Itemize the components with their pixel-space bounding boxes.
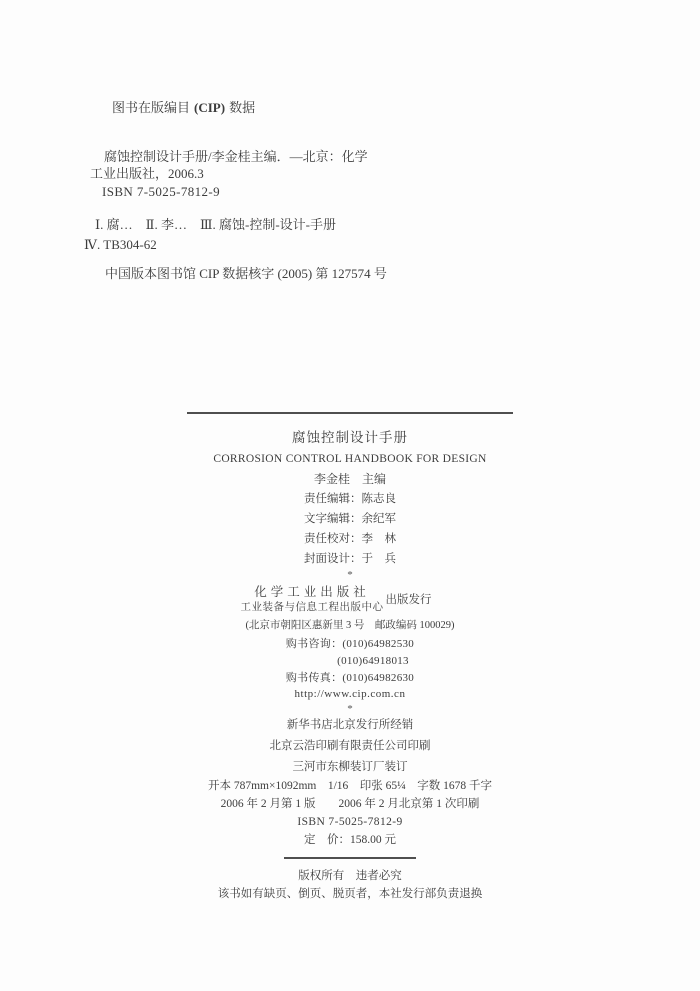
- staff-line-cover-designer: 封面设计：于 兵: [0, 549, 700, 569]
- separator-asterisk-1: *: [0, 569, 700, 581]
- distribution-line: 新华书店北京发行所经销: [0, 715, 700, 736]
- chief-editor: 李金桂 主编: [0, 469, 700, 489]
- colophon-block: 腐蚀控制设计手册 CORROSION CONTROL HANDBOOK FOR …: [0, 406, 700, 904]
- cip-heading-cip: (CIP): [194, 100, 225, 115]
- returns-notice: 该书如有缺页、倒页、脱页者，本社发行部负责退换: [0, 885, 700, 904]
- staff-line-text-editor: 文字编辑：余纪军: [0, 509, 700, 529]
- publisher-lines: 化学工业出版社 工业装备与信息工程出版中心: [241, 583, 384, 615]
- cip-registry-number: 中国版本图书馆 CIP 数据核字 (2005) 第 127574 号: [105, 266, 444, 282]
- price-line: 定 价：158.00 元: [0, 831, 700, 849]
- publisher-website: http://www.cip.com.cn: [0, 686, 700, 703]
- cip-heading-pre: 图书在版编目: [112, 100, 190, 115]
- cip-classification-line2: Ⅳ. TB304-62: [84, 237, 444, 253]
- cip-block: 图书在版编目(CIP)数据 腐蚀控制设计手册/李金桂主编．—北京：化学 工业出版…: [84, 100, 444, 282]
- edition-printing-line: 2006 年 2 月第 1 版 2006 年 2 月北京第 1 次印刷: [0, 795, 700, 813]
- staff-line-proofreader: 责任校对：李 林: [0, 529, 700, 549]
- phone-order-inquiry: 购书咨询：(010)64982530: [0, 635, 700, 653]
- colophon-isbn: ISBN 7-5025-7812-9: [0, 813, 700, 831]
- top-divider: [187, 412, 513, 414]
- copyright-page: 图书在版编目(CIP)数据 腐蚀控制设计手册/李金桂主编．—北京：化学 工业出版…: [0, 0, 700, 991]
- separator-asterisk-2: *: [0, 703, 700, 715]
- publisher-role: 出版发行: [386, 591, 432, 607]
- copyright-notice: 版权所有 违者必究: [0, 867, 700, 885]
- printer-line: 北京云浩印刷有限责任公司印刷: [0, 736, 700, 757]
- binder-line: 三河市东柳装订厂装订: [0, 757, 700, 777]
- book-title-cn: 腐蚀控制设计手册: [0, 428, 700, 448]
- cip-heading: 图书在版编目(CIP)数据: [112, 100, 444, 116]
- book-title-en: CORROSION CONTROL HANDBOOK FOR DESIGN: [0, 449, 700, 469]
- cip-isbn: ISBN 7-5025-7812-9: [102, 184, 444, 200]
- cip-heading-post: 数据: [229, 100, 255, 115]
- cip-title-line2: 工业出版社，2006.3: [90, 166, 444, 182]
- phone-fax: 购书传真：(010)64982630: [0, 670, 700, 686]
- publisher-block: 化学工业出版社 工业装备与信息工程出版中心 出版发行: [0, 583, 686, 615]
- publisher-center: 工业装备与信息工程出版中心: [241, 601, 384, 615]
- cip-classification-line1: Ⅰ. 腐… Ⅱ. 李… Ⅲ. 腐蚀-控制-设计-手册: [95, 217, 444, 233]
- cip-title-line1: 腐蚀控制设计手册/李金桂主编．—北京：化学: [104, 149, 444, 165]
- phone-secondary: (010)64918013: [46, 653, 700, 670]
- publisher-name: 化学工业出版社: [241, 583, 384, 601]
- staff-line-responsible-editor: 责任编辑：陈志良: [0, 489, 700, 509]
- publisher-address: (北京市朝阳区惠新里 3 号 邮政编码 100029): [0, 617, 700, 635]
- format-specs-line: 开本 787mm×1092mm 1/16 印张 65¼ 字数 1678 千字: [0, 777, 700, 795]
- bottom-divider: [284, 857, 416, 859]
